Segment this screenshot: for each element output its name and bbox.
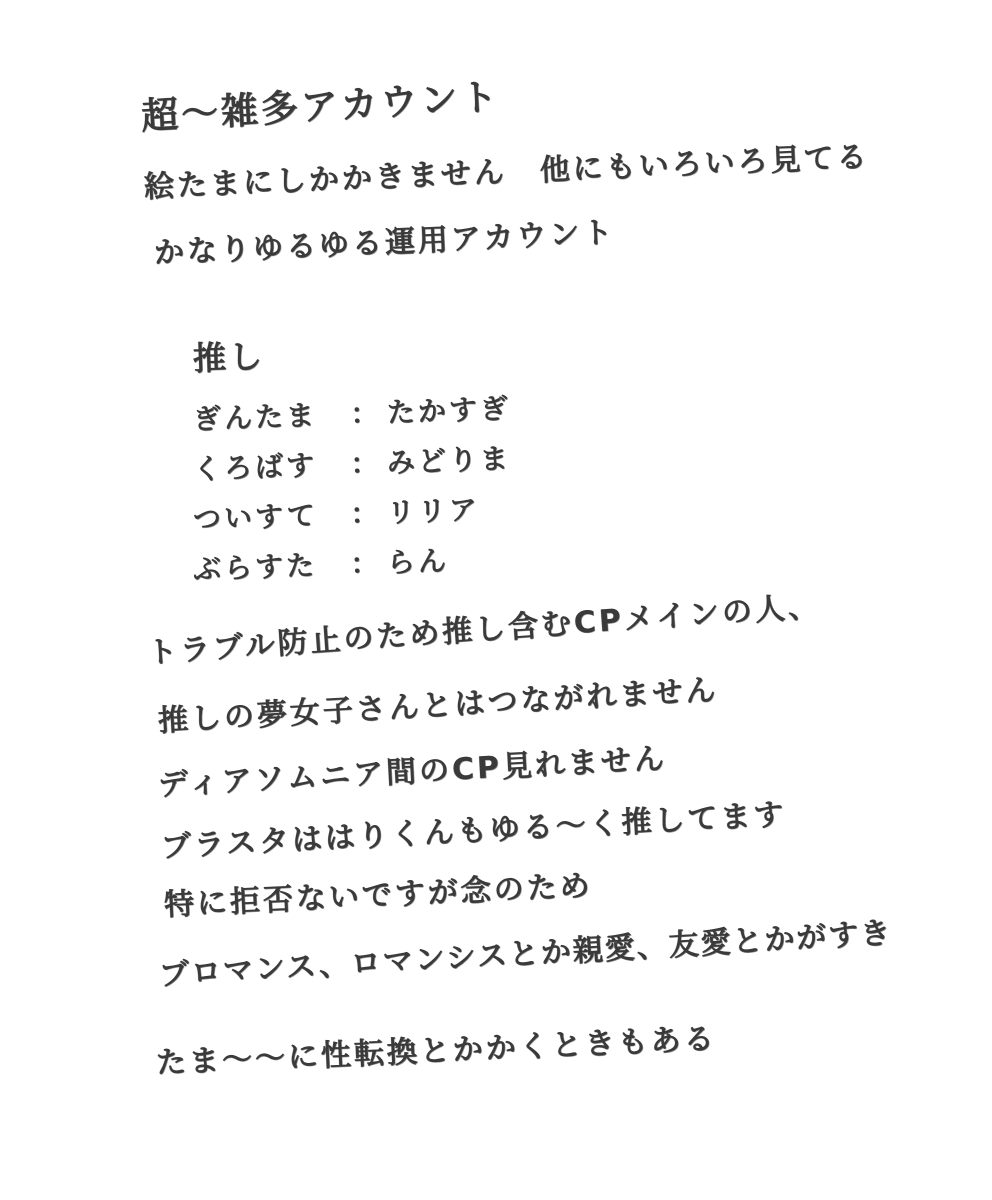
oshi-separator: ： xyxy=(344,441,387,482)
oshi-item-twisute: ついすて ： リリア xyxy=(192,488,480,538)
oshi-separator: ： xyxy=(344,391,387,432)
oshi-character-name: らん xyxy=(386,539,449,581)
oshi-character-name: たかすぎ xyxy=(386,387,511,431)
intro-line-2: かなりゆるゆる運用アカウント xyxy=(153,207,616,272)
oshi-item-burasuta: ぶらすた ： らん xyxy=(192,539,449,588)
handwritten-note-page: 超〜雑多アカウント 絵たまにしかかきません 他にもいろいろ見てる かなりゆるゆる… xyxy=(0,0,992,1200)
oshi-series-label: ぶらすた xyxy=(192,543,345,588)
note-title: 超〜雑多アカウント xyxy=(139,66,501,140)
note-paragraph: トラブル防止のため推し含むCPメインの人、 xyxy=(145,581,822,672)
oshi-series-label: ぎんたま xyxy=(192,393,345,438)
note-paragraph: 推しの夢女子さんとはつながれません xyxy=(157,665,720,740)
oshi-section-heading: 推し xyxy=(192,331,266,380)
oshi-item-gintama: ぎんたま ： たかすぎ xyxy=(192,387,511,438)
oshi-series-label: くろばす xyxy=(192,443,345,488)
intro-line-1: 絵たまにしかかきません 他にもいろいろ見てる xyxy=(143,132,870,206)
note-paragraph: ブロマンス、ロマンシスとか親愛、友愛とかがすき xyxy=(158,908,894,994)
oshi-item-kurobasu: くろばす ： みどりま xyxy=(192,437,511,488)
note-paragraph: 特に拒否ないですが念のため xyxy=(163,861,594,924)
oshi-separator: ： xyxy=(344,541,387,582)
note-paragraph: たま〜〜に性転換とかかくときもある xyxy=(155,1014,717,1082)
oshi-character-name: リリア xyxy=(386,488,480,531)
oshi-character-name: みどりま xyxy=(386,437,511,481)
note-paragraph: ディアソムニア間のCP見れません xyxy=(157,733,668,804)
oshi-separator: ： xyxy=(344,491,387,532)
note-paragraph: ブラスタははりくんもゆる〜く推してます xyxy=(160,789,788,866)
oshi-series-label: ついすて xyxy=(192,493,345,538)
